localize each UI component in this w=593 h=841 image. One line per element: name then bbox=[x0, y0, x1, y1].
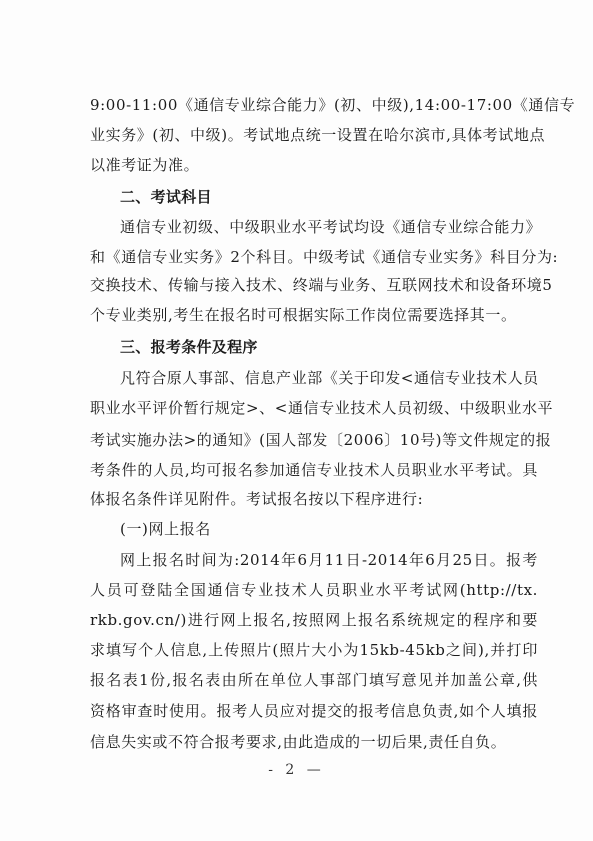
text-line: 凡符合原人事部、信息产业部《关于印发<通信专业技术人员 bbox=[120, 368, 538, 388]
text-line: 求填写个人信息,上传照片(照片大小为15kb-45kb之间),并打印 bbox=[90, 640, 538, 660]
section-heading: 二、考试科目 bbox=[120, 187, 538, 207]
text-line: 考条件的人员,均可报名参加通信专业技术人员职业水平考试。具 bbox=[90, 460, 538, 480]
text-line: 报名表1份,报名表由所在单位人事部门填写意见并加盖公章,供 bbox=[90, 670, 538, 690]
text-line: 9:00-11:00《通信专业综合能力》(初、中级),14:00-17:00《通… bbox=[90, 95, 538, 115]
subsection-heading: (一)网上报名 bbox=[120, 519, 538, 539]
text-line: 信息失实或不符合报考要求,由此造成的一切后果,责任自负。 bbox=[90, 732, 538, 752]
text-line: 资格审查时使用。报考人员应对提交的报考信息负责,如个人填报 bbox=[90, 701, 538, 721]
text-line: 体报名条件详见附件。考试报名按以下程序进行: bbox=[90, 489, 538, 509]
text-line: 人员可登陆全国通信专业技术人员职业水平考试网(http://tx. bbox=[90, 580, 538, 600]
page-number: - 2 — bbox=[0, 760, 593, 780]
text-line: 考试实施办法>的通知》(国人部发〔2006〕10号)等文件规定的报 bbox=[90, 430, 538, 450]
document-page: 9:00-11:00《通信专业综合能力》(初、中级),14:00-17:00《通… bbox=[0, 0, 593, 841]
section-heading: 三、报考条件及程序 bbox=[120, 337, 538, 357]
text-line: 和《通信专业实务》2个科目。中级考试《通信专业实务》科目分为: bbox=[90, 247, 538, 267]
text-line: 个专业类别,考生在报名时可根据实际工作岗位需要选择其一。 bbox=[90, 305, 538, 325]
text-line: 交换技术、传输与接入技术、终端与业务、互联网技术和设备环境5 bbox=[90, 275, 538, 295]
text-line: 通信专业初级、中级职业水平考试均设《通信专业综合能力》 bbox=[120, 217, 538, 237]
text-line: 业实务》(初、中级)。考试地点统一设置在哈尔滨市,具体考试地点 bbox=[90, 125, 538, 145]
text-line: 网上报名时间为:2014年6月11日-2014年6月25日。报考 bbox=[120, 550, 538, 570]
text-line: rkb.gov.cn/)进行网上报名,按照网上报名系统规定的程序和要 bbox=[90, 610, 538, 630]
text-line: 职业水平评价暂行规定>、<通信专业技术人员初级、中级职业水平 bbox=[90, 398, 538, 418]
text-line: 以准考证为准。 bbox=[90, 155, 538, 175]
